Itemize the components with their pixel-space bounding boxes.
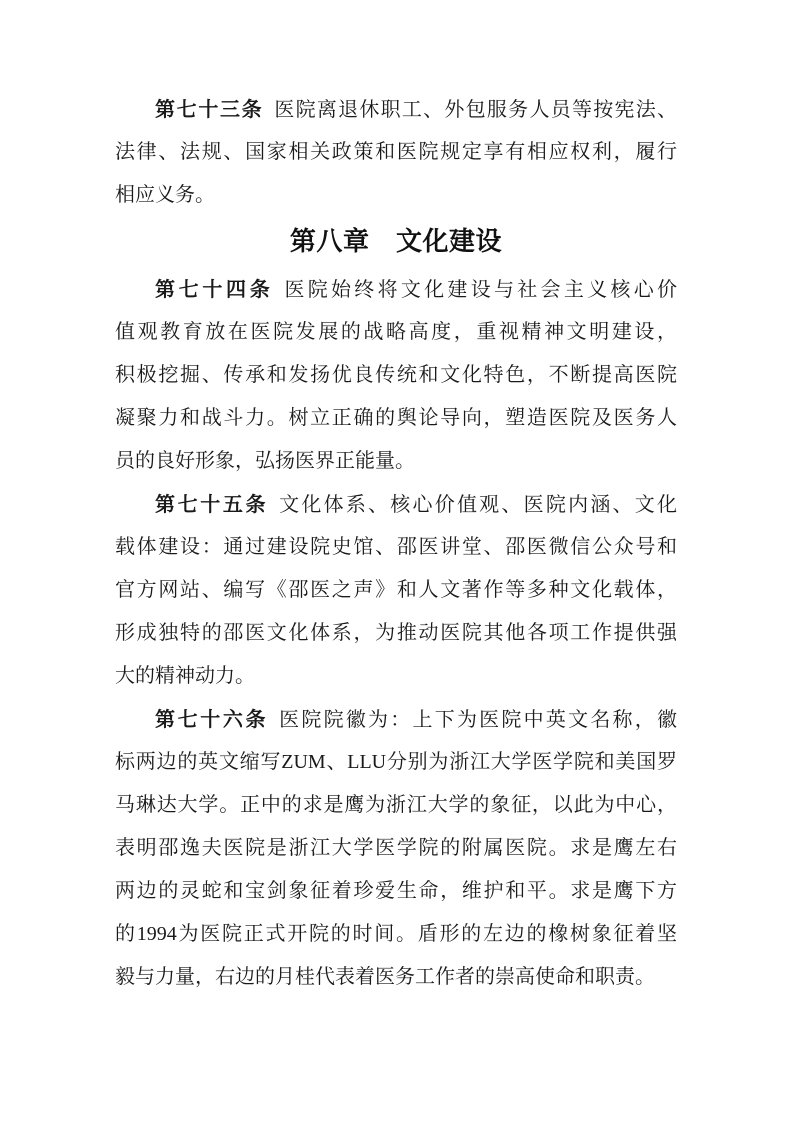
article-73-paragraph: 第七十三条医院离退休职工、外包服务人员等按宪法、 法律、法规、国家相关政策和医院…	[115, 88, 677, 217]
article-number-label: 第七十五条	[155, 492, 268, 516]
article-number-label: 第七十三条	[155, 97, 263, 121]
article-line-text: 官方网站、编写《邵医之声》和人文著作等多种文化载体，	[115, 579, 677, 601]
paragraph-line: 形成独特的邵医文化体系，为推动医院其他各项工作提供强	[115, 612, 677, 655]
paragraph-line: 第七十六条医院院徽为：上下为医院中英文名称，徽	[115, 698, 677, 741]
article-line-text: 凝聚力和战斗力。树立正确的舆论导向，塑造医院及医务人	[115, 407, 677, 429]
paragraph-line: 标两边的英文缩写ZUM、LLU分别为浙江大学医学院和美国罗	[115, 741, 677, 784]
paragraph-line: 员的良好形象，弘扬医界正能量。	[115, 440, 677, 483]
article-line-text: 马琳达大学。正中的求是鹰为浙江大学的象征，以此为中心，	[115, 794, 677, 816]
article-75-paragraph: 第七十五条文化体系、核心价值观、医院内涵、文化 载体建设：通过建设院史馆、邵医讲…	[115, 483, 677, 698]
article-line-text: 法律、法规、国家相关政策和医院规定享有相应权利，履行	[115, 141, 677, 163]
paragraph-line: 两边的灵蛇和宝剑象征着珍爱生命，维护和平。求是鹰下方	[115, 870, 677, 913]
article-number-label: 第七十六条	[155, 707, 268, 731]
article-line-text: 医院离退休职工、外包服务人员等按宪法、	[274, 99, 677, 121]
paragraph-line: 凝聚力和战斗力。树立正确的舆论导向，塑造医院及医务人	[115, 397, 677, 440]
article-line-text: 员的良好形象，弘扬医界正能量。	[115, 450, 415, 472]
paragraph-line: 第七十三条医院离退休职工、外包服务人员等按宪法、	[115, 88, 677, 131]
article-74-paragraph: 第七十四条医院始终将文化建设与社会主义核心价 值观教育放在医院发展的战略高度，重…	[115, 268, 677, 483]
paragraph-line: 毅与力量，右边的月桂代表着医务工作者的崇高使命和职责。	[115, 956, 677, 999]
paragraph-line: 积极挖掘、传承和发扬优良传统和文化特色，不断提高医院	[115, 354, 677, 397]
article-line-text: 毅与力量，右边的月桂代表着医务工作者的崇高使命和职责。	[115, 966, 655, 988]
paragraph-line: 表明邵逸夫医院是浙江大学医学院的附属医院。求是鹰左右	[115, 827, 677, 870]
paragraph-line: 载体建设：通过建设院史馆、邵医讲堂、邵医微信公众号和	[115, 526, 677, 569]
article-76-paragraph: 第七十六条医院院徽为：上下为医院中英文名称，徽 标两边的英文缩写ZUM、LLU分…	[115, 698, 677, 999]
article-line-text: 两边的灵蛇和宝剑象征着珍爱生命，维护和平。求是鹰下方	[115, 880, 677, 902]
article-line-text: 载体建设：通过建设院史馆、邵医讲堂、邵医微信公众号和	[115, 536, 677, 558]
paragraph-line: 值观教育放在医院发展的战略高度，重视精神文明建设，	[115, 311, 677, 354]
paragraph-line: 第七十五条文化体系、核心价值观、医院内涵、文化	[115, 483, 677, 526]
article-line-text: 的1994为医院正式开院的时间。盾形的左边的橡树象征着坚	[115, 923, 677, 945]
chapter-heading: 第八章 文化建设	[115, 221, 677, 264]
paragraph-line: 相应义务。	[115, 174, 677, 217]
article-number-label: 第七十四条	[155, 277, 273, 301]
article-line-text: 文化体系、核心价值观、医院内涵、文化	[279, 494, 677, 516]
article-line-text: 大的精神动力。	[115, 665, 255, 687]
article-line-text: 医院院徽为：上下为医院中英文名称，徽	[279, 709, 677, 731]
article-line-text: 标两边的英文缩写ZUM、LLU分别为浙江大学医学院和美国罗	[115, 751, 677, 773]
article-line-text: 值观教育放在医院发展的战略高度，重视精神文明建设，	[115, 321, 677, 343]
document-page: 第七十三条医院离退休职工、外包服务人员等按宪法、 法律、法规、国家相关政策和医院…	[0, 0, 793, 1122]
paragraph-line: 官方网站、编写《邵医之声》和人文著作等多种文化载体，	[115, 569, 677, 612]
paragraph-line: 大的精神动力。	[115, 655, 677, 698]
paragraph-line: 马琳达大学。正中的求是鹰为浙江大学的象征，以此为中心，	[115, 784, 677, 827]
paragraph-line: 法律、法规、国家相关政策和医院规定享有相应权利，履行	[115, 131, 677, 174]
article-line-text: 医院始终将文化建设与社会主义核心价	[284, 279, 677, 301]
article-line-text: 形成独特的邵医文化体系，为推动医院其他各项工作提供强	[115, 622, 677, 644]
article-line-text: 相应义务。	[115, 184, 215, 206]
paragraph-line: 的1994为医院正式开院的时间。盾形的左边的橡树象征着坚	[115, 913, 677, 956]
article-line-text: 积极挖掘、传承和发扬优良传统和文化特色，不断提高医院	[115, 364, 677, 386]
article-line-text: 表明邵逸夫医院是浙江大学医学院的附属医院。求是鹰左右	[115, 837, 677, 859]
paragraph-line: 第七十四条医院始终将文化建设与社会主义核心价	[115, 268, 677, 311]
